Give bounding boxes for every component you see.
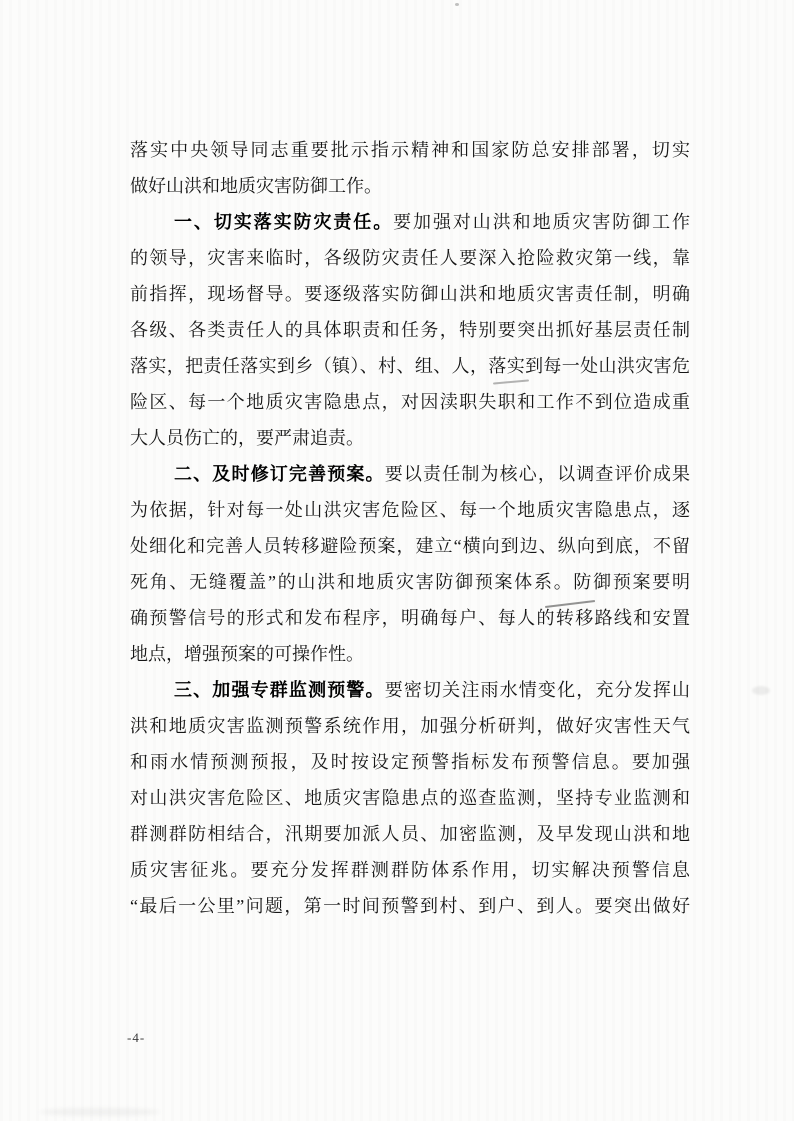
scan-smudge (752, 686, 770, 695)
scanned-document-page: 落实中央领导同志重要批示指示精神和国家防总安排部署，切实 做好山洪和地质灾害防御… (0, 0, 794, 1121)
page-number: -4- (127, 1030, 145, 1046)
text-line: 质灾害征兆。要充分发挥群测群防体系作用，切实解决预警信息 (130, 852, 690, 888)
text-line: 群测群防相结合，汛期要加派人员、加密监测，及早发现山洪和地 (130, 816, 690, 852)
text-line: 要以责任制为核心，以调查评价成果 (385, 464, 690, 484)
document-body: 落实中央领导同志重要批示指示精神和国家防总安排部署，切实 做好山洪和地质灾害防御… (130, 132, 690, 924)
text-line: 前指挥，现场督导。要逐级落实防御山洪和地质灾害责任制，明确 (130, 276, 690, 312)
scan-smudge (40, 1108, 160, 1116)
section-2-heading-line: 二、及时修订完善预案。要以责任制为核心，以调查评价成果 (130, 456, 690, 492)
text-line: 死角、无缝覆盖”的山洪和地质灾害防御预案体系。防御预案要明 (130, 564, 690, 600)
text-line: “最后一公里”问题，第一时间预警到村、到户、到人。要突出做好 (130, 888, 690, 924)
text-line: 要加强对山洪和地质灾害防御工作 (393, 212, 690, 232)
text-line: 落实中央领导同志重要批示指示精神和国家防总安排部署，切实 (130, 132, 690, 168)
section-1-heading: 一、切实落实防灾责任。 (174, 212, 393, 232)
text-line: 确预警信号的形式和发布程序，明确每户、每人的转移路线和安置 (130, 600, 690, 636)
text-line: 对山洪灾害危险区、地质灾害隐患点的巡查监测，坚持专业监测和 (130, 780, 690, 816)
text-line: 大人员伤亡的，要严肃追责。 (130, 420, 690, 456)
text-line: 洪和地质灾害监测预警系统作用，加强分析研判，做好灾害性天气 (130, 708, 690, 744)
section-3-heading-line: 三、加强专群监测预警。要密切关注雨水情变化，充分发挥山 (130, 672, 690, 708)
text-line: 要密切关注雨水情变化，充分发挥山 (385, 680, 690, 700)
text-line: 为依据，针对每一处山洪灾害危险区、每一个地质灾害隐患点，逐 (130, 492, 690, 528)
text-line: 的领导，灾害来临时，各级防灾责任人要深入抢险救灾第一线，靠 (130, 240, 690, 276)
section-2-heading: 二、及时修订完善预案。 (174, 464, 385, 484)
text-line: 险区、每一个地质灾害隐患点，对因渎职失职和工作不到位造成重 (130, 384, 690, 420)
section-3-heading: 三、加强专群监测预警。 (174, 680, 385, 700)
text-line: 处细化和完善人员转移避险预案，建立“横向到边、纵向到底，不留 (130, 528, 690, 564)
text-line: 地点，增强预案的可操作性。 (130, 636, 690, 672)
text-line: 落实，把责任落实到乡（镇）、村、组、人，落实到每一处山洪灾害危 (130, 348, 690, 384)
text-line: 各级、各类责任人的具体职责和任务，特别要突出抓好基层责任制 (130, 312, 690, 348)
section-1-heading-line: 一、切实落实防灾责任。要加强对山洪和地质灾害防御工作 (130, 204, 690, 240)
text-line: 做好山洪和地质灾害防御工作。 (130, 168, 690, 204)
text-line: 和雨水情预测预报，及时按设定预警指标发布预警信息。要加强 (130, 744, 690, 780)
scan-speck (455, 3, 459, 6)
